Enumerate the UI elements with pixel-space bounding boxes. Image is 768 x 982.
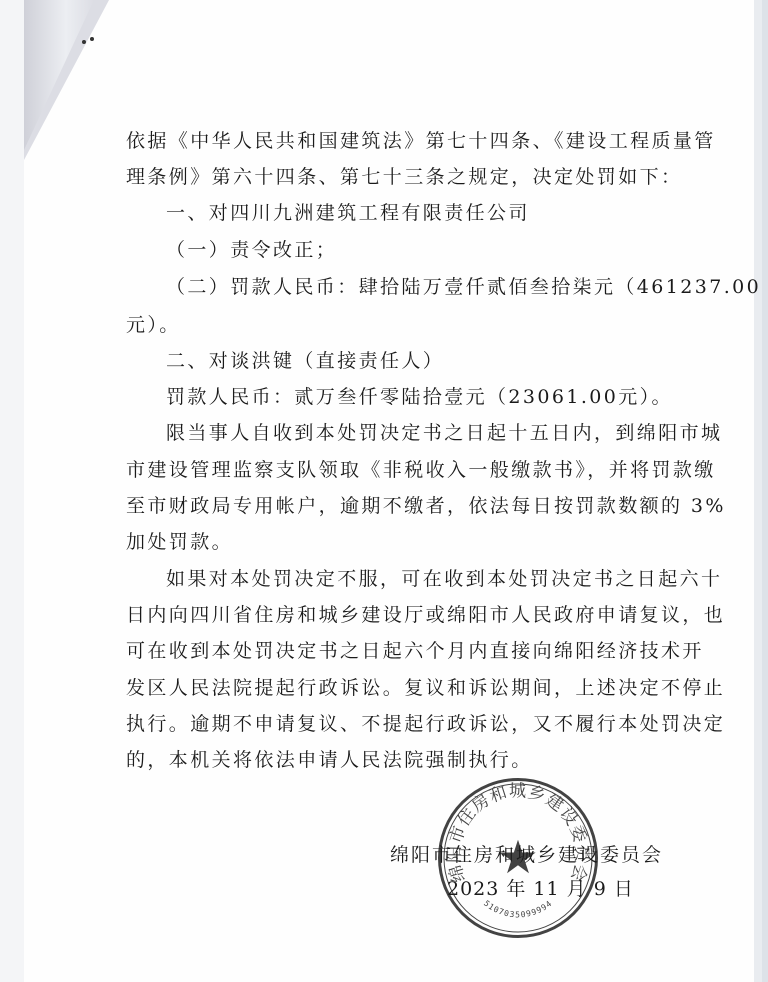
- issuer-signature: 绵阳市住房和城乡建设委员会: [390, 840, 663, 867]
- text-line: 罚款人民币：贰万叁仟零陆拾壹元（23061.00元）。: [166, 382, 673, 412]
- text-line: 日内向四川省住房和城乡建设厅或绵阳市人民政府申请复议，也: [126, 600, 725, 630]
- staple-mark: [90, 37, 94, 41]
- text-line: （一）责令改正；: [166, 235, 337, 265]
- text-line: 可在收到本处罚决定书之日起六个月内直接向绵阳经济技术开: [126, 636, 704, 666]
- scrollbar-edge: [762, 0, 768, 982]
- text-line: 限当事人自收到本处罚决定书之日起十五日内，到绵阳市城: [166, 418, 722, 448]
- text-line: 市建设管理监察支队领取《非税收入一般缴款书》，并将罚款缴: [126, 455, 716, 485]
- text-line: 执行。逾期不申请复议、不提起行政诉讼，又不履行本处罚决定: [126, 709, 725, 739]
- text-line: 加处罚款。: [126, 527, 233, 557]
- text-line: 依据《中华人民共和国建筑法》第七十四条、《建设工程质量管: [126, 126, 716, 156]
- text-line: 的，本机关将依法申请人民法院强制执行。: [126, 745, 533, 775]
- left-margin: [0, 0, 24, 982]
- staple-mark: [82, 40, 86, 44]
- text-line: （二）罚款人民币：肆拾陆万壹仟贰佰叁拾柒元（461237.00: [166, 272, 761, 302]
- seal-code: 5107035099994: [482, 899, 554, 920]
- text-line: 如果对本处罚决定不服，可在收到本处罚决定书之日起六十: [166, 564, 722, 594]
- text-line: 发区人民法院提起行政诉讼。复议和诉讼期间，上述决定不停止: [126, 673, 725, 703]
- text-line: 至市财政局专用帐户，逾期不缴者，依法每日按罚款数额的 3%: [126, 491, 726, 521]
- section-heading: 一、对四川九洲建筑工程有限责任公司: [166, 198, 530, 228]
- svg-text:5107035099994: 5107035099994: [482, 899, 554, 920]
- text-line: 理条例》第六十四条、第七十三条之规定，决定处罚如下：: [126, 162, 682, 192]
- section-heading: 二、对谈洪键（直接责任人）: [166, 346, 444, 376]
- text-line: 元）。: [126, 310, 181, 340]
- issue-date: 2023 年 11 月 9 日: [447, 874, 634, 901]
